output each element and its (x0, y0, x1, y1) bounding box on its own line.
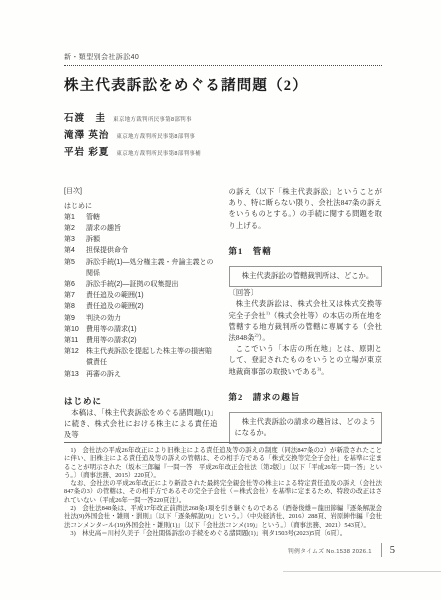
toc-item-label: 訴訟手続(1)―処分権主義・弁論主義との関係 (86, 257, 218, 279)
toc-item: はじめに (64, 201, 218, 212)
answer-paragraph-1: 株主代表訴訟は、株式会社又は株式交換等完全子会社1)（株式会社等）の本店の所在地… (229, 298, 383, 343)
author-row: 平岩 彩夏 東京地方裁判所民事第8部判事補 (64, 144, 201, 161)
two-column-body: [目次] はじめに 第1管轄 第2請求の趣旨 第3訴額 第4担保提供命令 第5訴… (64, 186, 382, 439)
series-kicker: 新・類型別会社訴訟40 (64, 52, 382, 66)
footnote-divider-rule (64, 442, 382, 443)
toc-item-label: 判決の効力 (86, 313, 218, 324)
journal-page: 新・類型別会社訴訟40 株主代表訴訟をめぐる諸問題（2） 石渡 圭 東京地方裁判… (0, 0, 441, 600)
footnote-item: 2) 会社法848条は、平成17年改正前商法268条1項を引き継ぐものである（酒… (64, 505, 382, 530)
toc-item-num: 第11 (64, 335, 86, 346)
answer-paragraph-2: ここでいう「本店の所在地」とは、原則として、登記されたものをいうとの立場が東京地… (229, 343, 383, 377)
toc-item: 第10費用等の請求(1) (64, 324, 218, 335)
right-column: の訴え（以下「株主代表訴訟」ということがあり、特に断らない限り、会社法847条の… (229, 186, 383, 439)
toc-item: 第6訴訟手続(2)―証拠の収集提出 (64, 279, 218, 290)
footnote-item: 1) 会社法の平成26年改正により旧株主による責任追及等の訴えの制度（同法847… (64, 447, 382, 480)
footnotes: 1) 会社法の平成26年改正により旧株主による責任追及等の訴えの制度（同法847… (64, 447, 382, 538)
left-column: [目次] はじめに 第1管轄 第2請求の趣旨 第3訴額 第4担保提供命令 第5訴… (64, 186, 218, 439)
author-affiliation: 東京地方裁判所民事第8部判事補 (116, 149, 201, 157)
intro-paragraph-left: 本稿は、「株主代表訴訟をめぐる諸問題(1)」に続き、株式会社における株主による責… (64, 407, 218, 441)
table-of-contents: はじめに 第1管轄 第2請求の趣旨 第3訴額 第4担保提供命令 第5訴訟手続(1… (64, 201, 218, 380)
toc-item-label (92, 201, 218, 212)
footer-divider (381, 543, 382, 557)
toc-heading: [目次] (64, 186, 218, 196)
author-row: 石渡 圭 東京地方裁判所民事第8部判事 (64, 110, 201, 127)
intro-heading: はじめに (64, 395, 218, 407)
toc-item-label: 訴訟手続(2)―証拠の収集提出 (86, 279, 218, 290)
toc-item-num: はじめに (64, 201, 92, 212)
toc-item: 第4担保提供命令 (64, 245, 218, 256)
toc-item-num: 第9 (64, 313, 86, 324)
toc-item-num: 第7 (64, 290, 86, 301)
author-name: 滝澤 英治 (64, 127, 109, 141)
author-affiliation: 東京地方裁判所民事第8部判事 (116, 132, 195, 140)
toc-item-label: 株主代表訴訟を提起した株主等の損害賠償責任 (86, 346, 218, 368)
toc-item-label: 責任追及の範囲(2) (86, 301, 218, 312)
question-box-2: 株主代表訴訟の請求の趣旨は、どのようになるか。 (229, 412, 383, 444)
toc-item-label: 責任追及の範囲(1) (86, 290, 218, 301)
intro-paragraph-continuation: の訴え（以下「株主代表訴訟」ということがあり、特に断らない限り、会社法847条の… (229, 186, 383, 231)
toc-item-num: 第4 (64, 245, 86, 256)
author-row: 滝澤 英治 東京地方裁判所民事第8部判事 (64, 127, 201, 144)
toc-item-num: 第8 (64, 301, 86, 312)
toc-item: 第3訴額 (64, 234, 218, 245)
author-name: 石渡 圭 (64, 110, 106, 124)
article-title: 株主代表訴訟をめぐる諸問題（2） (64, 74, 394, 95)
toc-item-label: 管轄 (86, 212, 218, 223)
page-footer: 判例タイムズ No.1538 2026.1 5 (0, 543, 395, 557)
toc-item-num: 第13 (64, 369, 86, 380)
toc-item-num: 第5 (64, 257, 86, 279)
author-name: 平岩 彩夏 (64, 144, 109, 158)
footnote-item: 3) 林史高＝川村久美子「会社関係訴訟の手続をめぐる諸問題(1)」判タ1503号… (64, 530, 382, 538)
section-2-heading: 第2 請求の趣旨 (229, 391, 383, 403)
footnote-item: なお、会社法の平成26年改正により新設された最終完全親会社等の株主による特定責任… (64, 480, 382, 505)
toc-item-label: 担保提供命令 (86, 245, 218, 256)
toc-item-num: 第6 (64, 279, 86, 290)
toc-item-num: 第3 (64, 234, 86, 245)
toc-item: 第12株主代表訴訟を提起した株主等の損害賠償責任 (64, 346, 218, 368)
toc-item: 第8責任追及の範囲(2) (64, 301, 218, 312)
toc-item-label: 訴額 (86, 234, 218, 245)
toc-item-num: 第1 (64, 212, 86, 223)
toc-item: 第1管轄 (64, 212, 218, 223)
page-edge-line (283, 571, 441, 572)
page-number: 5 (390, 545, 395, 556)
toc-item: 第11費用等の請求(2) (64, 335, 218, 346)
toc-item: 第2請求の趣旨 (64, 223, 218, 234)
toc-item: 第7責任追及の範囲(1) (64, 290, 218, 301)
toc-item-label: 請求の趣旨 (86, 223, 218, 234)
toc-item: 第9判決の効力 (64, 313, 218, 324)
author-block: 石渡 圭 東京地方裁判所民事第8部判事 滝澤 英治 東京地方裁判所民事第8部判事… (64, 110, 201, 161)
toc-item-label: 再審の訴え (86, 369, 218, 380)
section-1-heading: 第1 管轄 (229, 245, 383, 257)
toc-item-label: 費用等の請求(2) (86, 335, 218, 346)
answer-label: 〔回答〕 (229, 287, 383, 298)
toc-item-num: 第2 (64, 223, 86, 234)
toc-item-num: 第12 (64, 346, 86, 368)
toc-item: 第13再審の訴え (64, 369, 218, 380)
toc-item: 第5訴訟手続(1)―処分権主義・弁論主義との関係 (64, 257, 218, 279)
toc-item-label: 費用等の請求(1) (86, 324, 218, 335)
journal-issue-label: 判例タイムズ No.1538 2026.1 (288, 546, 372, 555)
question-box-1: 株主代表訴訟の管轄裁判所は、どこか。 (229, 266, 383, 287)
toc-item-num: 第10 (64, 324, 86, 335)
author-affiliation: 東京地方裁判所民事第8部判事 (113, 115, 192, 123)
